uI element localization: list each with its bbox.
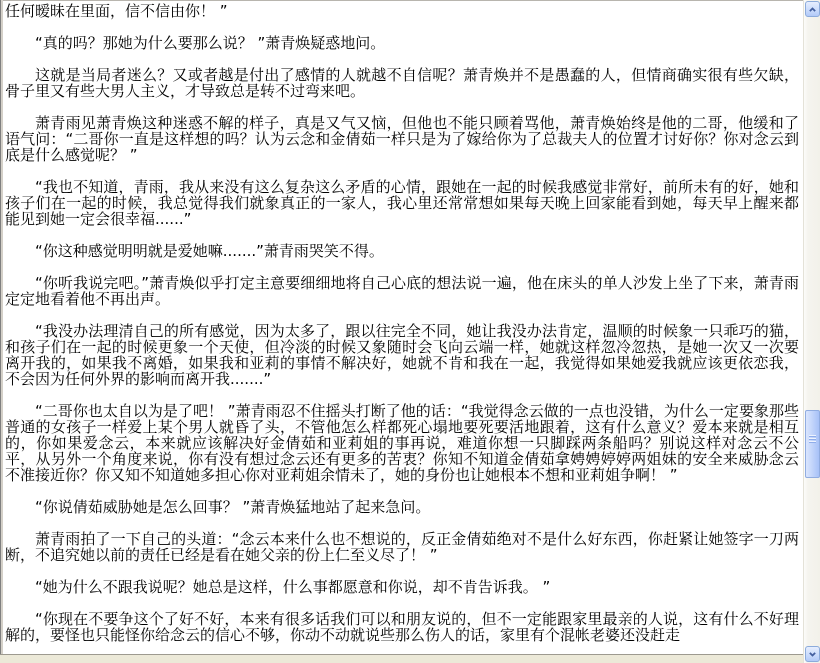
frame-border-top — [0, 0, 803, 1]
browser-text-page: 任何暧昧在里面，信不信由你！ ”“真的吗？那她为什么要那么说？ ”萧青焕疑惑地问… — [0, 0, 820, 663]
paragraph: “你现在不要争这个了好不好，本来有很多话我们可以和朋友说的，但不一定能跟家里最亲… — [5, 611, 799, 643]
chevron-up-icon — [808, 5, 817, 14]
paragraph: “二哥你也太自以为是了吧！ ”萧青雨忍不住摇头打断了他的话：“我觉得念云做的一点… — [5, 403, 799, 483]
paragraph: 萧青雨见萧青焕这种迷惑不解的样子，真是又气又恼，但他也不能只顾着骂他，萧青焕始终… — [5, 115, 799, 163]
paragraph: 这就是当局者迷么？又或者越是付出了感情的人就越不自信呢？萧青焕并不是愚蠢的人，但… — [5, 67, 799, 99]
paragraph: “我也不知道，青雨，我从来没有这么复杂这么矛盾的心情，跟她在一起的时候我感觉非常… — [5, 179, 799, 227]
paragraph: “我没办法理清自己的所有感觉，因为太多了，跟以往完全不同，她让我没办法肯定，温顺… — [5, 323, 799, 387]
paragraph: 萧青雨拍了一下自己的头道：“念云本来什么也不想说的，反正金倩茹绝对不是什么好东西… — [5, 531, 799, 563]
paragraph: “你说倩茹威胁她是怎么回事？ ”萧青焕猛地站了起来急问。 — [5, 499, 799, 515]
vertical-scrollbar[interactable] — [803, 0, 820, 663]
grip-icon — [809, 435, 816, 443]
frame-border-left — [0, 0, 3, 663]
paragraph: “你这种感觉明明就是爱她嘛.......”萧青雨哭笑不得。 — [5, 243, 799, 259]
paragraph: “她为什么不跟我说呢？她总是这样，什么事都愿意和你说，却不肯告诉我。 ” — [5, 579, 799, 595]
frame-border-bottom — [0, 654, 803, 663]
scroll-up-button[interactable] — [805, 1, 820, 17]
scrollbar-thumb[interactable] — [805, 410, 820, 478]
paragraph: 任何暧昧在里面，信不信由你！ ” — [5, 3, 799, 19]
chevron-down-icon — [808, 650, 817, 659]
scroll-down-button[interactable] — [805, 646, 820, 662]
paragraph: “你听我说完吧。”萧青焕似乎打定主意要细细地将自己心底的想法说一遍，他在床头的单… — [5, 275, 799, 307]
paragraph: “真的吗？那她为什么要那么说？ ”萧青焕疑惑地问。 — [5, 35, 799, 51]
novel-text-content: 任何暧昧在里面，信不信由你！ ”“真的吗？那她为什么要那么说？ ”萧青焕疑惑地问… — [3, 1, 803, 655]
